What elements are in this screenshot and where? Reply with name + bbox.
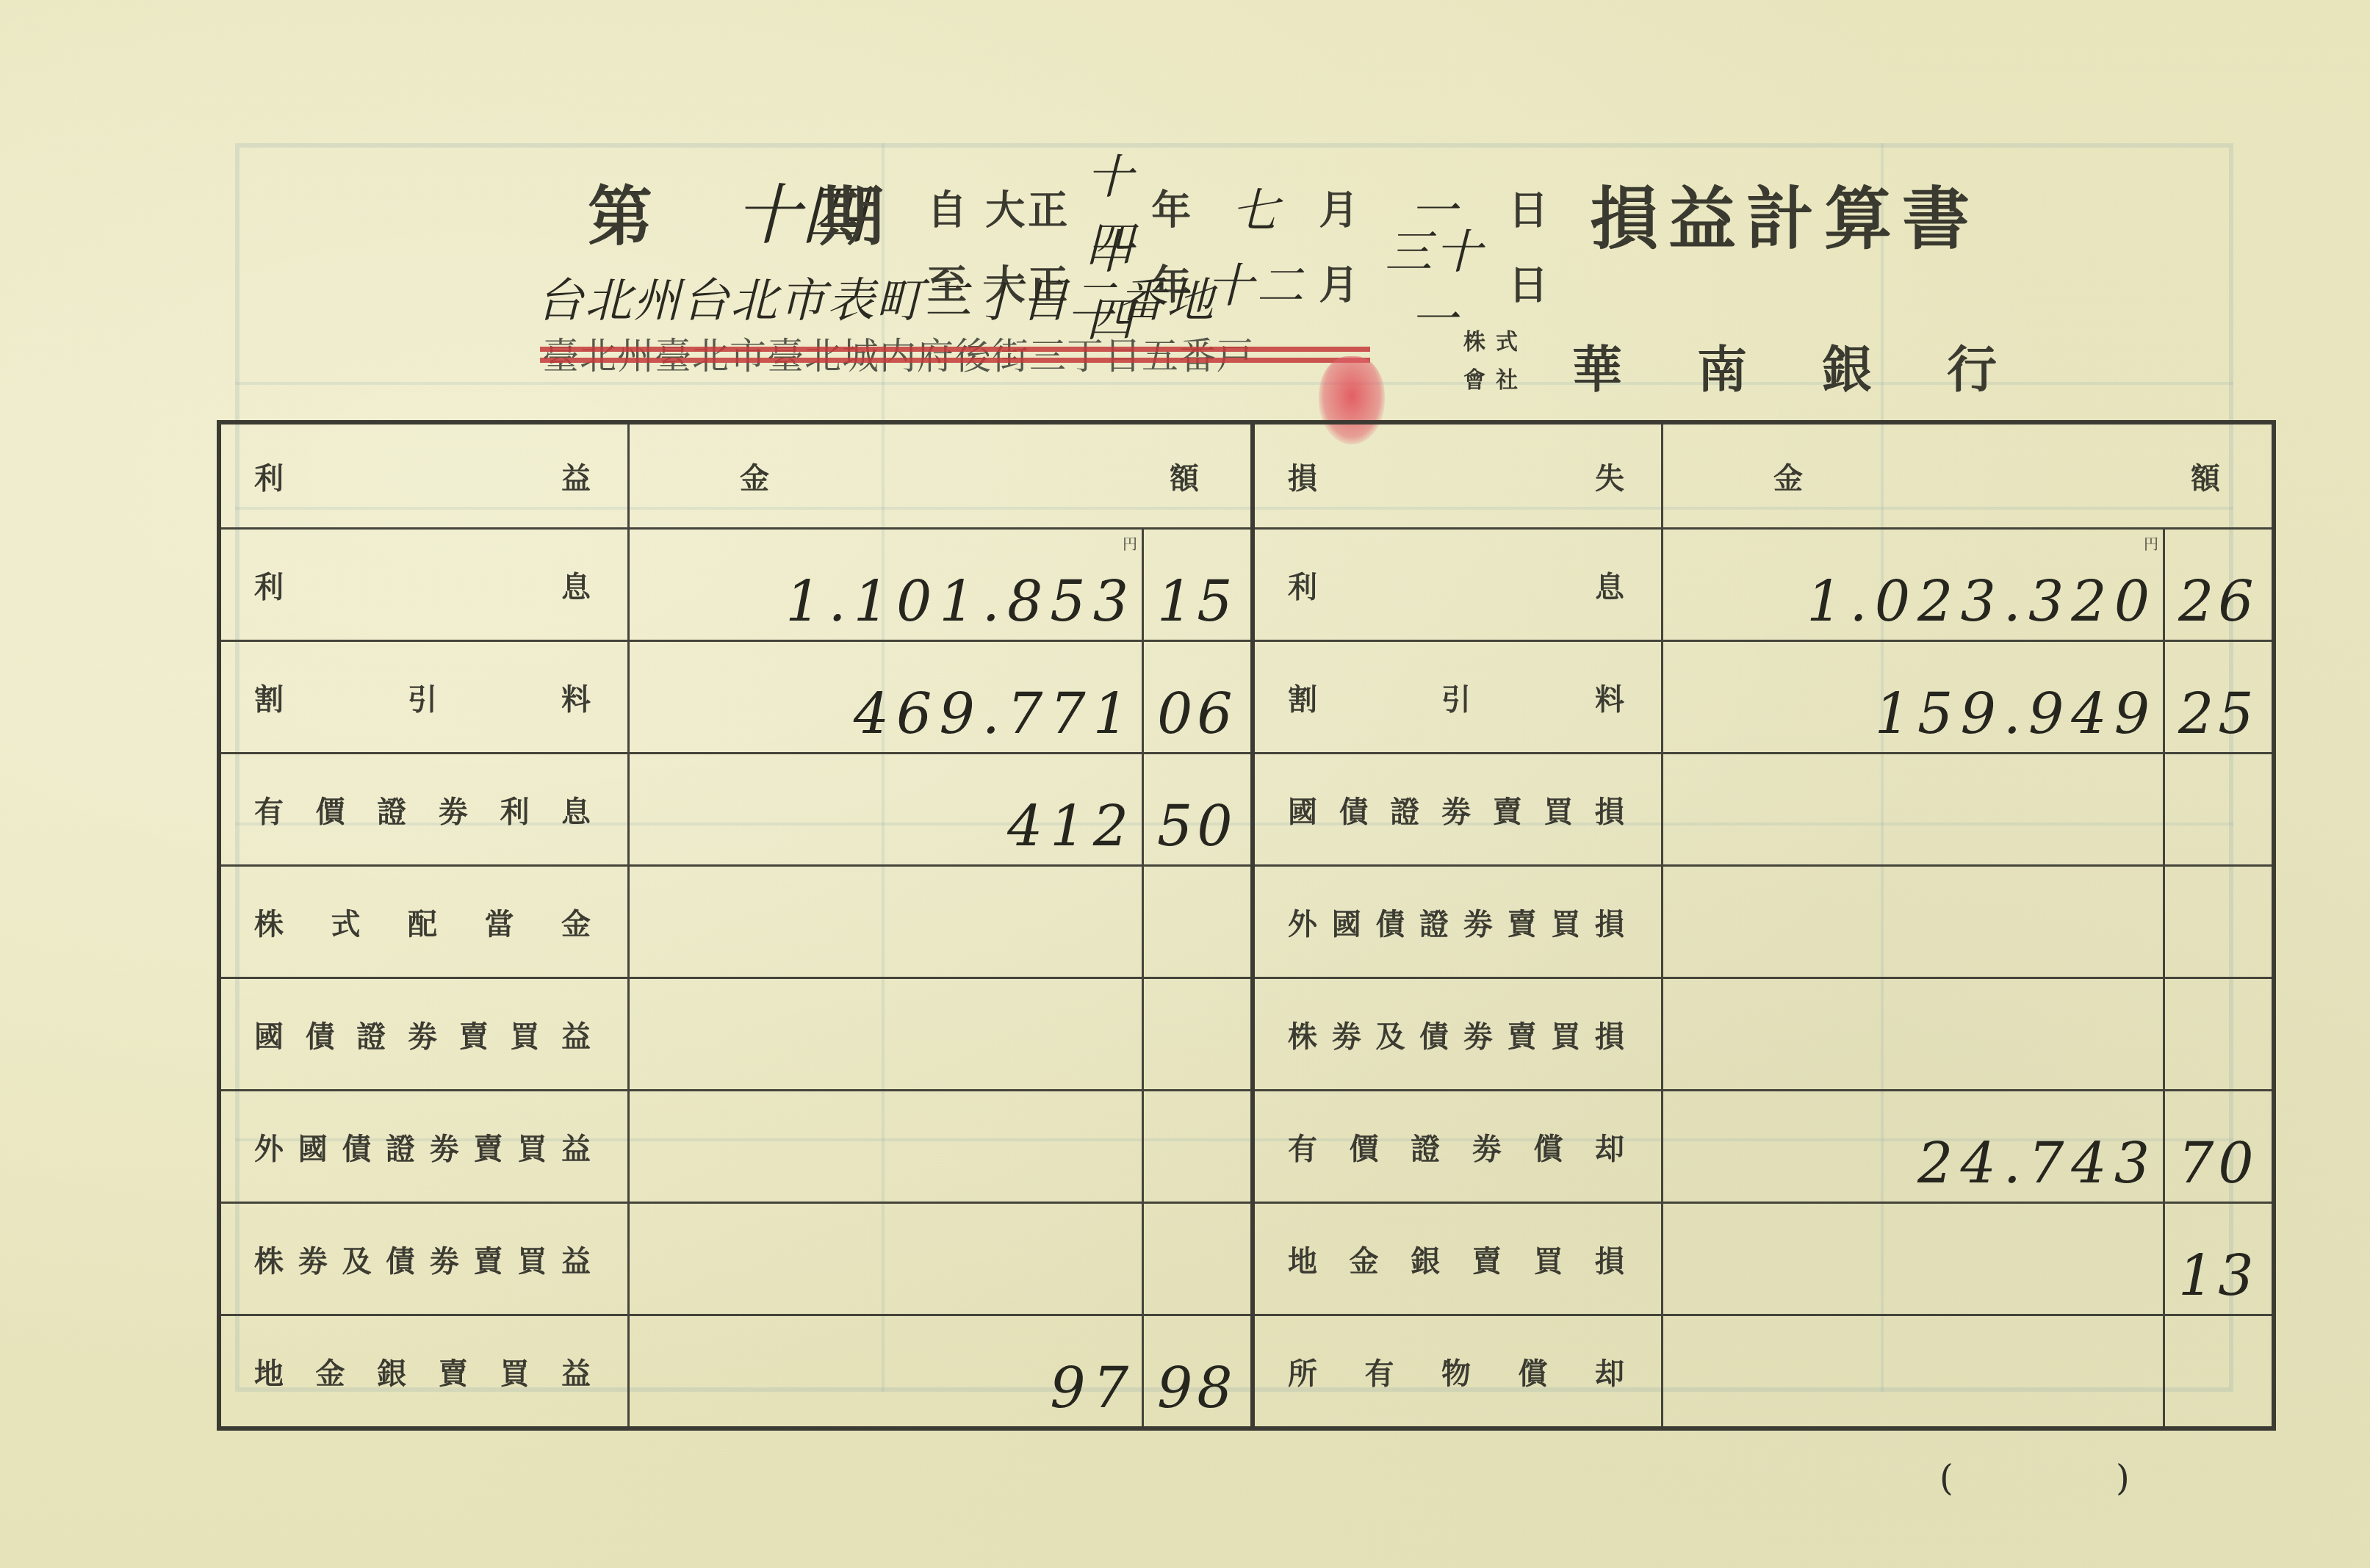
header-char: 損 [1288, 455, 1317, 497]
label-char: 却 [1595, 1351, 1624, 1392]
label-char: 金 [316, 1351, 345, 1392]
label-char: 賣 [1472, 1238, 1502, 1280]
label-char: 賣 [1493, 789, 1522, 831]
yen-unit-mark: 円 [2144, 532, 2158, 554]
loss-yen-value: 159.949 [1875, 681, 2157, 746]
label-char: 劵 [1332, 1014, 1361, 1055]
label-char: 割 [254, 676, 284, 718]
income-yen-value: 1.101.853 [785, 568, 1136, 634]
label-char: 損 [1595, 1014, 1624, 1055]
label-char: 劵 [1472, 1126, 1502, 1168]
loss-sen-cell [2164, 978, 2274, 1091]
income-item-label: 地金銀賣買益 [219, 1315, 629, 1429]
income-item-label: 株劵及債劵賣買益 [219, 1203, 629, 1315]
to-day-unit: 日 [1508, 254, 1551, 311]
income-yen-cell [629, 978, 1143, 1091]
bank-name-char: 行 [1947, 330, 2072, 402]
income-header: 利益 [219, 422, 629, 529]
company-type-char: 式 [1491, 323, 1523, 361]
label-char: 國 [1288, 789, 1317, 831]
label-char: 證 [377, 789, 406, 831]
income-sen-cell [1143, 1091, 1253, 1203]
table-row: 外國債證劵賣買益有價證劵償却24.74370 [219, 1091, 2274, 1203]
label-char: 償 [1519, 1351, 1548, 1392]
loss-sen-cell: 13 [2164, 1203, 2274, 1315]
loss-item-label: 利息 [1253, 529, 1663, 641]
label-char: 益 [561, 1014, 591, 1055]
income-item-label: 國債證劵賣買益 [219, 978, 629, 1091]
income-yen-cell [629, 866, 1143, 978]
profit-loss-table: 利益 金額 損失 金額 利息円1.101.85315利息円1.023.32026… [217, 420, 2276, 1431]
income-sen-cell [1143, 866, 1253, 978]
income-yen-cell: 円1.101.853 [629, 529, 1143, 641]
label-char: 劵 [1463, 901, 1493, 943]
label-char: 損 [1595, 789, 1624, 831]
label-char: 息 [1595, 564, 1624, 606]
income-yen-value: 97 [1050, 1355, 1136, 1420]
period-suffix: 期 [819, 165, 884, 258]
label-char: 地 [1288, 1238, 1317, 1280]
label-char: 買 [1544, 789, 1573, 831]
loss-sen-cell: 26 [2164, 529, 2274, 641]
label-char: 金 [561, 901, 591, 943]
header-char: 額 [2191, 455, 2220, 497]
bank-name-char: 銀 [1822, 330, 1947, 402]
label-char: 劵 [408, 1014, 437, 1055]
income-item-label: 株式配當金 [219, 866, 629, 978]
label-char: 賣 [1508, 1014, 1537, 1055]
label-char: 買 [1551, 901, 1580, 943]
label-char: 劵 [1463, 1014, 1493, 1055]
header-char: 益 [561, 455, 591, 497]
label-char: 割 [1288, 676, 1317, 718]
loss-item-label: 割引料 [1253, 641, 1663, 754]
label-char: 劵 [1441, 789, 1471, 831]
loss-yen-cell [1663, 1315, 2164, 1429]
loss-sen-value: 13 [2178, 1243, 2258, 1308]
bank-name: 華 南 銀 行 [1572, 330, 2072, 402]
income-yen-value: 469.771 [854, 681, 1136, 746]
label-char: 債 [306, 1014, 335, 1055]
label-char: 所 [1288, 1351, 1317, 1392]
address-printed-struck: 臺北州臺北市臺北城内府後街三丁目五番戸 [542, 327, 1254, 380]
label-char: 料 [561, 676, 591, 718]
label-char: 式 [331, 901, 361, 943]
label-char: 株 [254, 1238, 284, 1280]
label-char: 劵 [298, 1238, 328, 1280]
loss-yen-cell [1663, 754, 2164, 866]
label-char: 買 [1533, 1238, 1563, 1280]
label-char: 劵 [430, 1126, 459, 1168]
loss-item-label: 株劵及債劵賣買損 [1253, 978, 1663, 1091]
header-char: 利 [254, 455, 284, 497]
page-marker-open: ( [1939, 1458, 1953, 1499]
label-char: 利 [1288, 564, 1317, 606]
header-char: 金 [740, 455, 769, 497]
income-yen-cell: 469.771 [629, 641, 1143, 754]
label-char: 價 [1350, 1126, 1379, 1168]
label-char: 益 [561, 1126, 591, 1168]
page-marker-close: ) [2116, 1458, 2130, 1499]
loss-sen-cell: 70 [2164, 1091, 2274, 1203]
loss-sen-cell [2164, 754, 2274, 866]
label-char: 損 [1595, 901, 1624, 943]
label-char: 劵 [430, 1238, 459, 1280]
label-char: 買 [510, 1014, 539, 1055]
loss-item-label: 有價證劵償却 [1253, 1091, 1663, 1203]
header-char: 失 [1595, 455, 1624, 497]
loss-yen-value: 1.023.320 [1807, 568, 2157, 634]
income-amount-header: 金額 [629, 422, 1253, 529]
label-char: 劵 [439, 789, 468, 831]
label-char: 金 [1350, 1238, 1379, 1280]
income-sen-value: 50 [1157, 793, 1237, 859]
income-yen-cell: 412 [629, 754, 1143, 866]
address-handwritten: 台北州台北市表町二丁目二番地 [536, 263, 1215, 330]
income-sen-value: 98 [1157, 1355, 1237, 1420]
label-char: 益 [561, 1238, 591, 1280]
label-char: 證 [386, 1126, 415, 1168]
bank-name-char: 華 [1572, 330, 1697, 402]
label-char: 引 [1441, 676, 1471, 718]
label-char: 賣 [474, 1238, 503, 1280]
label-char: 銀 [1411, 1238, 1440, 1280]
income-item-label: 有價證劵利息 [219, 754, 629, 866]
label-char: 株 [1288, 1014, 1317, 1055]
company-type-char: 會 [1458, 361, 1491, 400]
loss-item-label: 國債證劵賣買損 [1253, 754, 1663, 866]
label-char: 息 [561, 789, 591, 831]
income-yen-cell [629, 1091, 1143, 1203]
income-sen-cell [1143, 1203, 1253, 1315]
label-char: 息 [561, 564, 591, 606]
loss-sen-value: 70 [2178, 1130, 2258, 1196]
label-char: 證 [356, 1014, 386, 1055]
income-yen-cell [629, 1203, 1143, 1315]
table-row: 國債證劵賣買益株劵及債劵賣買損 [219, 978, 2274, 1091]
table-row: 株式配當金外國債證劵賣買損 [219, 866, 2274, 978]
label-char: 地 [254, 1351, 284, 1392]
label-char: 買 [517, 1238, 547, 1280]
label-char: 償 [1533, 1126, 1563, 1168]
label-char: 買 [517, 1126, 547, 1168]
label-char: 外 [254, 1126, 284, 1168]
income-yen-cell: 97 [629, 1315, 1143, 1429]
label-char: 國 [298, 1126, 328, 1168]
label-char: 利 [500, 789, 529, 831]
label-char: 買 [500, 1351, 529, 1392]
loss-header: 損失 [1253, 422, 1663, 529]
company-type-char: 社 [1491, 361, 1523, 400]
loss-sen-cell [2164, 1315, 2274, 1429]
label-char: 物 [1441, 1351, 1471, 1392]
label-char: 引 [408, 676, 437, 718]
loss-yen-value: 24.743 [1917, 1130, 2157, 1196]
loss-yen-cell: 円1.023.320 [1663, 529, 2164, 641]
table-row: 有價證劵利息41250國債證劵賣買損 [219, 754, 2274, 866]
loss-sen-value: 26 [2178, 568, 2258, 634]
loss-sen-cell [2164, 866, 2274, 978]
loss-yen-cell: 24.743 [1663, 1091, 2164, 1203]
loss-yen-cell [1663, 1203, 2164, 1315]
income-sen-cell: 06 [1143, 641, 1253, 754]
bank-name-char: 南 [1697, 330, 1822, 402]
table-row: 割引料469.77106割引料159.94925 [219, 641, 2274, 754]
loss-sen-value: 25 [2178, 681, 2258, 746]
label-char: 證 [1390, 789, 1419, 831]
document-title: 損益計算書 [1591, 165, 1980, 262]
label-char: 國 [254, 1014, 284, 1055]
label-char: 有 [1288, 1126, 1317, 1168]
label-char: 料 [1595, 676, 1624, 718]
table-row: 利息円1.101.85315利息円1.023.32026 [219, 529, 2274, 641]
income-item-label: 外國債證劵賣買益 [219, 1091, 629, 1203]
income-item-label: 利息 [219, 529, 629, 641]
red-strikethrough-line [540, 347, 1370, 352]
label-char: 債 [1339, 789, 1369, 831]
table-header-row: 利益 金額 損失 金額 [219, 422, 2274, 529]
yen-unit-mark: 円 [1123, 532, 1137, 554]
label-char: 及 [1375, 1014, 1405, 1055]
label-char: 賣 [1508, 901, 1537, 943]
label-char: 債 [1419, 1014, 1449, 1055]
label-char: 證 [1419, 901, 1449, 943]
loss-yen-cell [1663, 866, 2164, 978]
income-sen-value: 15 [1157, 568, 1237, 634]
label-char: 賣 [459, 1014, 489, 1055]
label-char: 有 [1365, 1351, 1394, 1392]
loss-item-label: 外國債證劵賣買損 [1253, 866, 1663, 978]
label-char: 債 [386, 1238, 415, 1280]
income-yen-value: 412 [1007, 793, 1136, 859]
label-char: 買 [1551, 1014, 1580, 1055]
label-char: 債 [342, 1126, 371, 1168]
header-char: 金 [1773, 455, 1803, 497]
loss-item-label: 所有物償却 [1253, 1315, 1663, 1429]
to-month-unit: 月 [1319, 254, 1361, 311]
income-sen-cell [1143, 978, 1253, 1091]
label-char: 賣 [474, 1126, 503, 1168]
income-sen-cell: 98 [1143, 1315, 1253, 1429]
header-char: 額 [1170, 455, 1199, 497]
loss-item-label: 地金銀賣買損 [1253, 1203, 1663, 1315]
label-char: 益 [561, 1351, 591, 1392]
label-char: 及 [342, 1238, 371, 1280]
label-char: 配 [408, 901, 437, 943]
income-sen-cell: 15 [1143, 529, 1253, 641]
loss-amount-header: 金額 [1663, 422, 2274, 529]
loss-sen-cell: 25 [2164, 641, 2274, 754]
label-char: 國 [1332, 901, 1361, 943]
label-char: 賣 [439, 1351, 468, 1392]
label-char: 却 [1595, 1126, 1624, 1168]
loss-yen-cell: 159.949 [1663, 641, 2164, 754]
company-type: 株式 會社 [1458, 323, 1524, 400]
table-row: 地金銀賣買益9798所有物償却 [219, 1315, 2274, 1429]
income-sen-cell: 50 [1143, 754, 1253, 866]
period-prefix: 第 [588, 165, 657, 258]
company-type-char: 株 [1458, 323, 1491, 361]
label-char: 利 [254, 564, 284, 606]
income-sen-value: 06 [1157, 681, 1237, 746]
label-char: 證 [1411, 1126, 1440, 1168]
label-char: 有 [254, 789, 284, 831]
loss-yen-cell [1663, 978, 2164, 1091]
table-row: 株劵及債劵賣買益地金銀賣買損13 [219, 1203, 2274, 1315]
red-strikethrough-line [540, 358, 1370, 363]
label-char: 損 [1595, 1238, 1624, 1280]
label-char: 當 [485, 901, 514, 943]
label-char: 價 [316, 789, 345, 831]
label-char: 債 [1375, 901, 1405, 943]
label-char: 株 [254, 901, 284, 943]
income-item-label: 割引料 [219, 641, 629, 754]
label-char: 銀 [377, 1351, 406, 1392]
label-char: 外 [1288, 901, 1317, 943]
